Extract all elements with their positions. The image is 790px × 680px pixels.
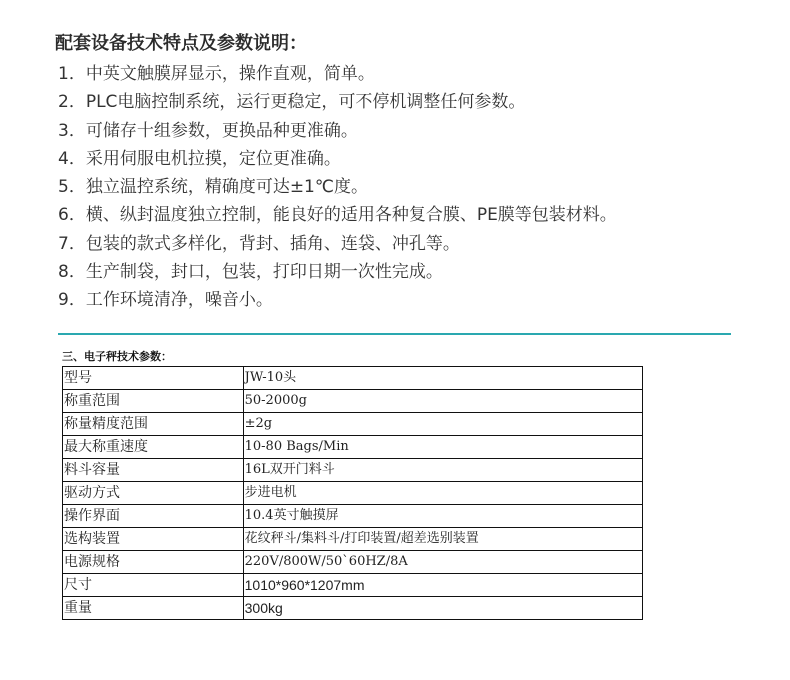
spec-value: JW-10头 [243,367,642,390]
section-divider [58,333,731,335]
table-row: 驱动方式 步进电机 [63,482,643,505]
spec-value: 步进电机 [243,482,642,505]
spec-label: 驱动方式 [63,482,244,505]
spec-value: 10-80 Bags/Min [243,436,642,459]
table-row: 电源规格 220V/800W/50`60HZ/8A [63,551,643,574]
table-row: 称重范围 50-2000g [63,390,643,413]
spec-label: 称重范围 [63,390,244,413]
spec-value: 1010*960*1207mm [243,574,642,597]
spec-value: 花纹秤斗/集料斗/打印装置/超差选别装置 [243,528,642,551]
features-heading: 配套设备技术特点及参数说明： [55,32,307,56]
feature-item: 9．工作环境清净，噪音小。 [58,286,617,314]
table-row: 重量 300kg [63,597,643,620]
feature-item: 6．横、纵封温度独立控制，能良好的适用各种复合膜、PE膜等包装材料。 [58,201,617,229]
spec-table-heading: 三、电子秤技术参数： [62,350,172,364]
spec-value: 10.4英寸触摸屏 [243,505,642,528]
spec-label: 电源规格 [63,551,244,574]
table-row: 称量精度范围 ±2g [63,413,643,436]
spec-value: ±2g [243,413,642,436]
feature-item: 8．生产制袋，封口，包装，打印日期一次性完成。 [58,258,617,286]
feature-item: 3．可储存十组参数，更换品种更准确。 [58,117,617,145]
spec-label: 型号 [63,367,244,390]
feature-item: 4．采用伺服电机拉摸，定位更准确。 [58,145,617,173]
spec-table: 型号 JW-10头 称重范围 50-2000g 称量精度范围 ±2g 最大称重速… [62,366,643,620]
table-row: 操作界面 10.4英寸触摸屏 [63,505,643,528]
feature-item: 1．中英文触膜屏显示，操作直观，简单。 [58,60,617,88]
spec-label: 选构装置 [63,528,244,551]
spec-label: 尺寸 [63,574,244,597]
table-row: 尺寸 1010*960*1207mm [63,574,643,597]
feature-item: 2．PLC电脑控制系统，运行更稳定，可不停机调整任何参数。 [58,88,617,116]
spec-value: 50-2000g [243,390,642,413]
table-row: 料斗容量 16L双开门料斗 [63,459,643,482]
table-row: 型号 JW-10头 [63,367,643,390]
spec-value: 300kg [243,597,642,620]
features-list: 1．中英文触膜屏显示，操作直观，简单。 2．PLC电脑控制系统，运行更稳定，可不… [58,60,617,315]
spec-label: 操作界面 [63,505,244,528]
table-row: 最大称重速度 10-80 Bags/Min [63,436,643,459]
feature-item: 5．独立温控系统，精确度可达±1℃度。 [58,173,617,201]
spec-label: 重量 [63,597,244,620]
spec-label: 称量精度范围 [63,413,244,436]
spec-label: 料斗容量 [63,459,244,482]
spec-value: 16L双开门料斗 [243,459,642,482]
feature-item: 7．包装的款式多样化，背封、插角、连袋、冲孔等。 [58,230,617,258]
spec-value: 220V/800W/50`60HZ/8A [243,551,642,574]
table-row: 选构装置 花纹秤斗/集料斗/打印装置/超差选别装置 [63,528,643,551]
spec-label: 最大称重速度 [63,436,244,459]
